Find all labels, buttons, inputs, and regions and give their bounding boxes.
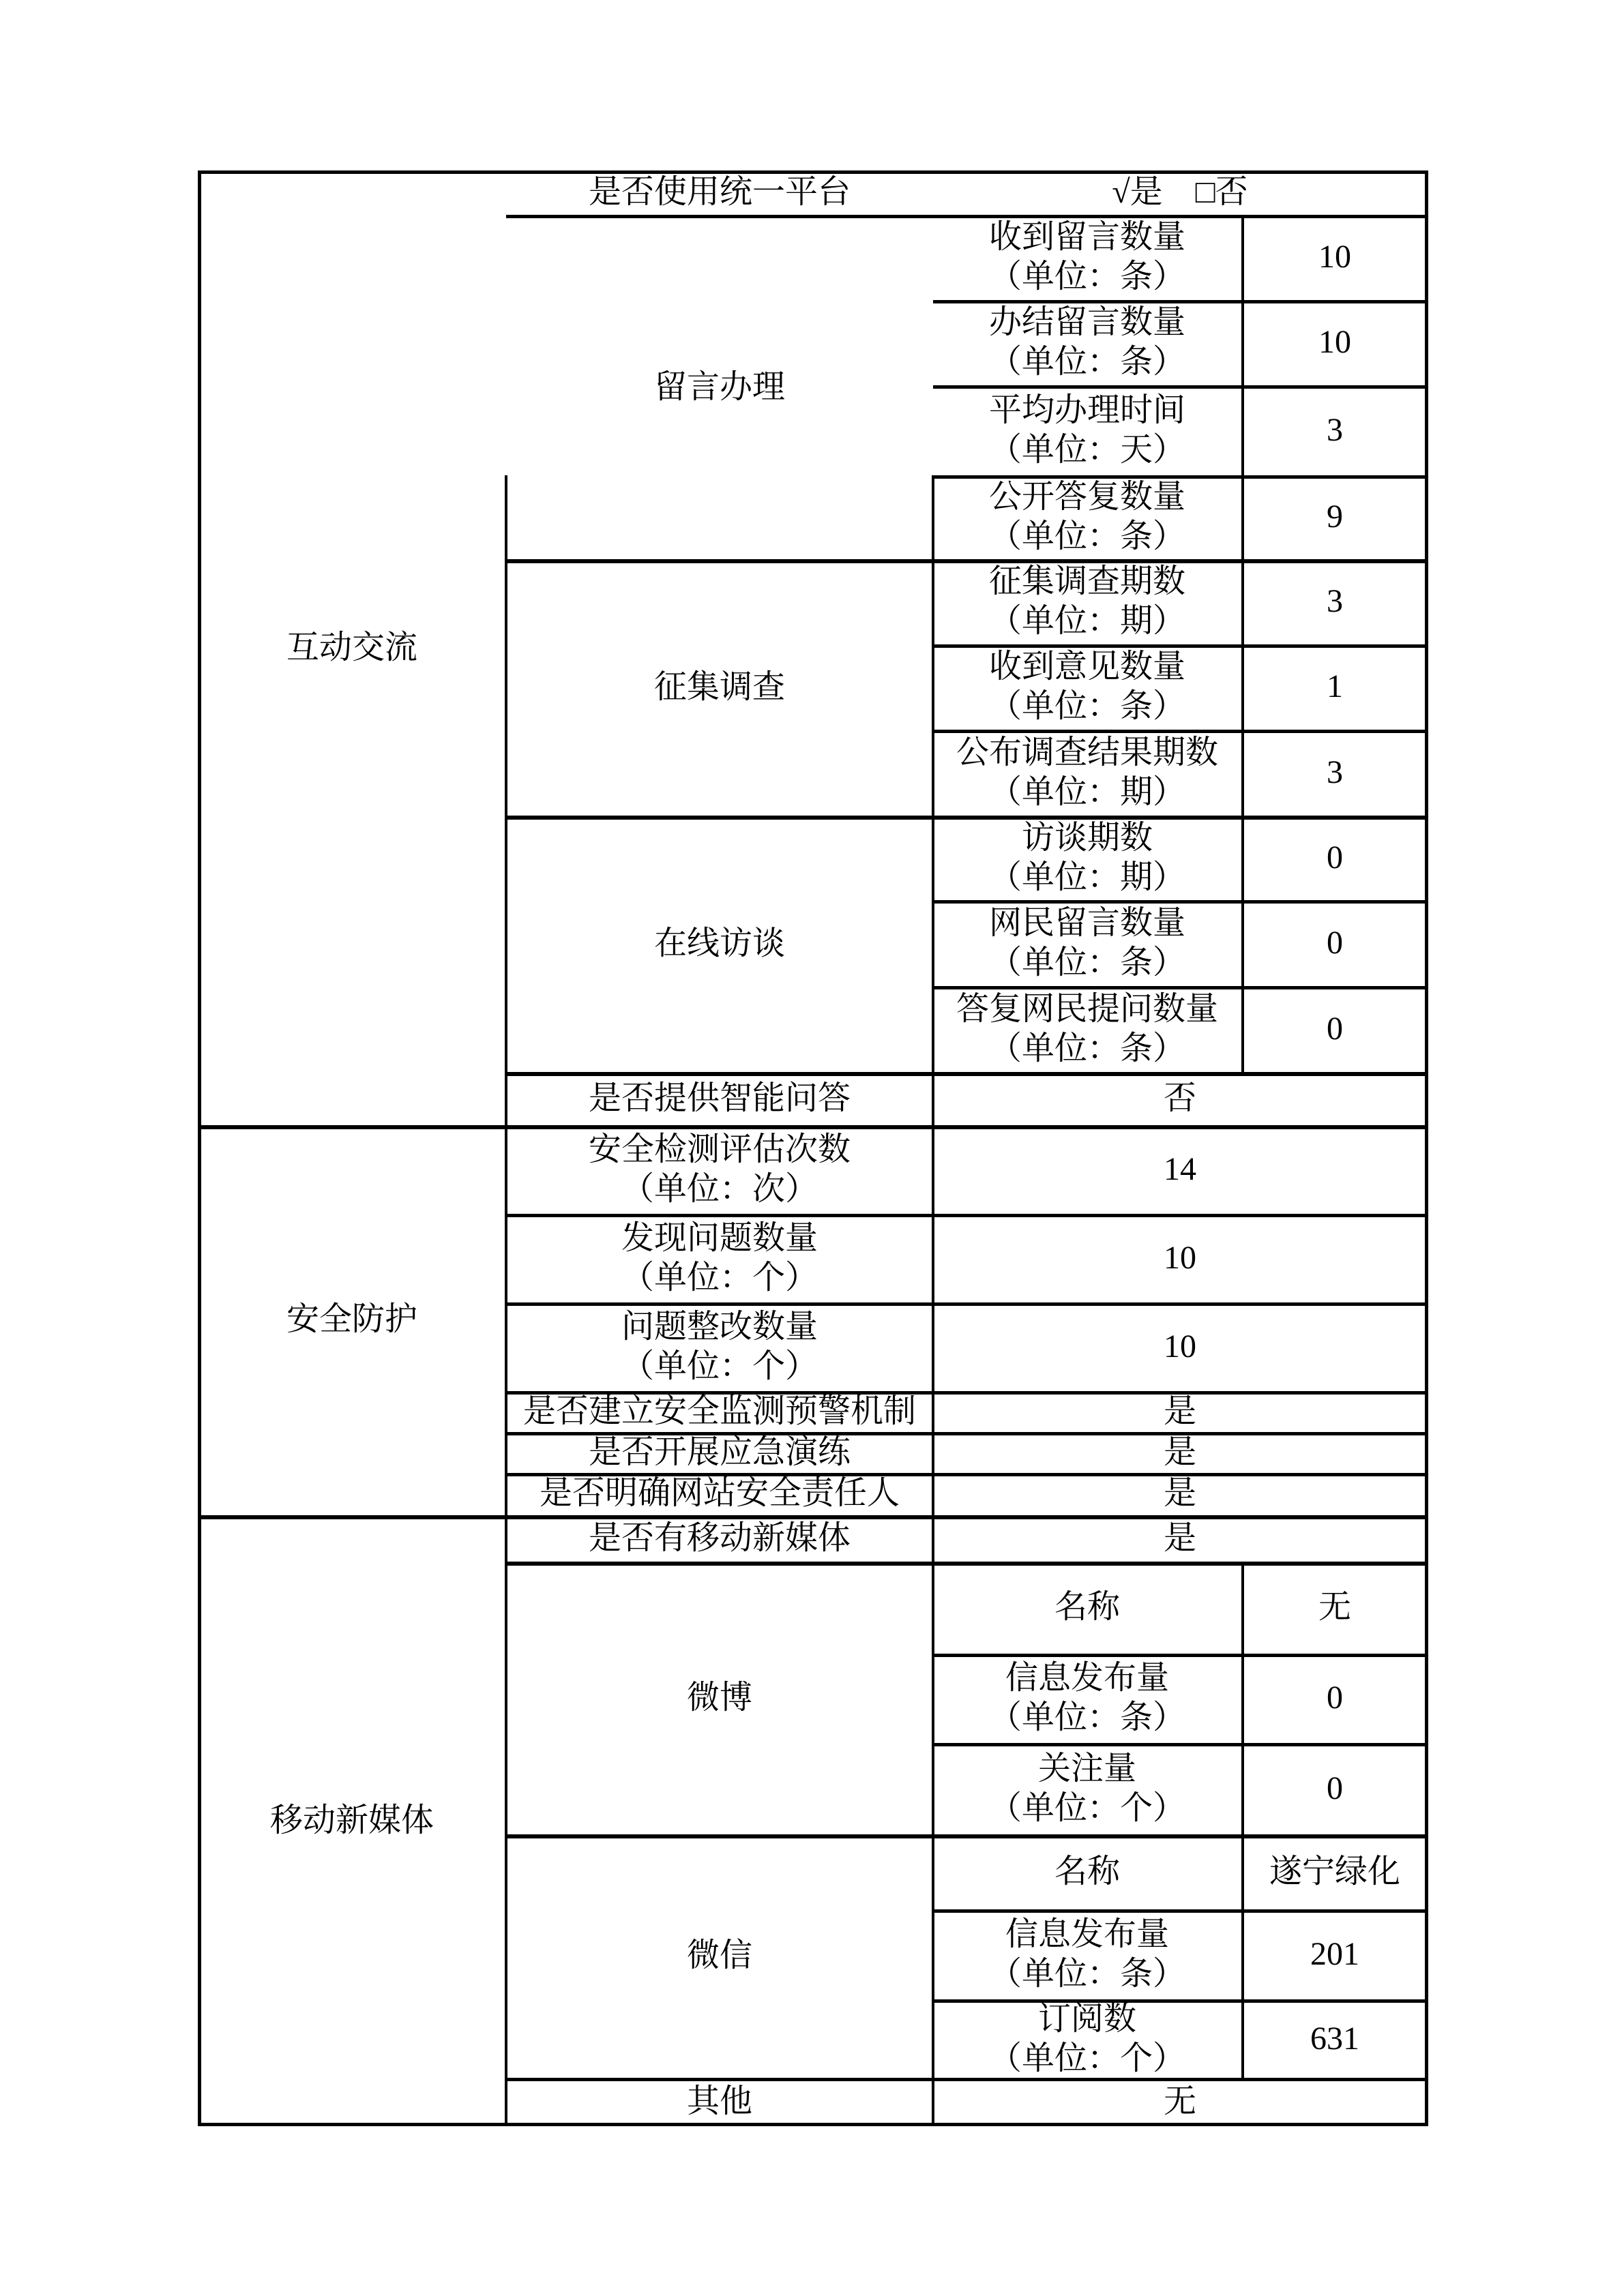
value-security-officer: 是 — [1164, 1474, 1196, 1513]
metric-unit: （单位：条） — [989, 342, 1185, 382]
label-monitoring-mechanism: 是否建立安全监测预警机制 — [523, 1392, 916, 1431]
metric-name: 收到意见数量 — [989, 647, 1185, 687]
report-page: { "table": { "categories": { "interactio… — [0, 0, 1624, 2296]
value-weibo-name: 无 — [1318, 1587, 1351, 1627]
value-netizen-messages: 0 — [1327, 923, 1343, 963]
row-divider — [933, 1654, 1428, 1657]
label-security-officer: 是否明确网站安全责任人 — [540, 1474, 900, 1513]
label-wechat-name: 名称 — [1054, 1852, 1120, 1892]
metric-name: 征集调查期数 — [989, 562, 1185, 601]
label-wechat-posts: 信息发布量 （单位：条） — [989, 1915, 1185, 1994]
value-wechat-posts: 201 — [1310, 1935, 1359, 1974]
value-public-replies: 9 — [1327, 497, 1343, 537]
metric-name: 公布调查结果期数 — [956, 733, 1218, 773]
group-divider — [506, 1072, 1428, 1076]
metric-unit: （单位：次） — [589, 1169, 851, 1209]
group-divider — [506, 816, 1428, 820]
value-avg-processing-time: 3 — [1327, 411, 1343, 450]
metric-unit: （单位：期） — [989, 858, 1185, 897]
value-has-mobile-media: 是 — [1164, 1519, 1196, 1558]
metric-name: 订阅数 — [989, 1999, 1185, 2039]
label-weibo-posts: 信息发布量 （单位：条） — [989, 1658, 1185, 1738]
label-problems-rectified: 问题整改数量 （单位：个） — [621, 1307, 818, 1386]
label-messages-completed: 办结留言数量 （单位：条） — [989, 303, 1185, 382]
label-opinions-received: 收到意见数量 （单位：条） — [989, 647, 1185, 726]
group-weibo: 微博 — [687, 1678, 752, 1718]
group-survey: 征集调查 — [654, 668, 785, 707]
value-weibo-posts: 0 — [1327, 1678, 1343, 1718]
label-other-media: 其他 — [687, 2082, 752, 2121]
metric-unit: （单位：期） — [989, 601, 1185, 641]
category-security: 安全防护 — [286, 1300, 417, 1339]
metric-name: 办结留言数量 — [989, 303, 1185, 342]
metric-unit: （单位：条） — [989, 1698, 1185, 1738]
group-divider — [506, 1834, 1428, 1838]
value-security-assessments: 14 — [1164, 1150, 1196, 1189]
value-messages-completed: 10 — [1318, 323, 1351, 362]
group-wechat: 微信 — [687, 1936, 752, 1976]
metric-unit: （单位：天） — [989, 430, 1185, 470]
row-divider — [933, 1743, 1428, 1746]
section-divider-security — [198, 1125, 1428, 1129]
metric-name: 平均办理时间 — [989, 391, 1185, 430]
row-divider — [933, 1909, 1428, 1913]
value-emergency-drills: 是 — [1164, 1433, 1196, 1472]
group-divider — [506, 559, 1428, 563]
metric-unit: （单位：个） — [989, 1789, 1185, 1828]
metric-name: 答复网民提问数量 — [956, 989, 1218, 1029]
label-public-replies: 公开答复数量 （单位：条） — [989, 477, 1185, 556]
table-border-left — [198, 170, 201, 2126]
metric-name: 收到留言数量 — [989, 218, 1185, 257]
label-wechat-subscribers: 订阅数 （单位：个） — [989, 1999, 1185, 2078]
value-messages-received: 10 — [1318, 237, 1351, 277]
value-survey-periods: 3 — [1327, 582, 1343, 621]
metric-unit: （单位：个） — [621, 1258, 818, 1298]
metric-unit: （单位：条） — [989, 687, 1185, 726]
label-unified-platform: 是否使用统一平台 — [589, 173, 851, 212]
metric-unit: （单位：个） — [989, 2039, 1185, 2078]
table-border-right — [1425, 170, 1428, 2126]
annual-report-table: 互动交流 安全防护 移动新媒体 留言办理 征集调查 在线访谈 微博 微信 是否使… — [198, 170, 1428, 2126]
label-avg-processing-time: 平均办理时间 （单位：天） — [989, 391, 1185, 470]
metric-name: 信息发布量 — [989, 1915, 1185, 1954]
metric-unit: （单位：期） — [956, 773, 1218, 812]
category-mobile-media: 移动新媒体 — [270, 1801, 434, 1840]
value-opinions-received: 1 — [1327, 667, 1343, 706]
category-interaction: 互动交流 — [286, 628, 417, 668]
value-weibo-followers: 0 — [1327, 1769, 1343, 1808]
group-message-handling: 留言办理 — [654, 368, 785, 407]
col-divider-group — [932, 475, 934, 2126]
label-emergency-drills: 是否开展应急演练 — [589, 1433, 851, 1472]
value-problems-rectified: 10 — [1164, 1327, 1196, 1367]
value-other-media: 无 — [1164, 2082, 1196, 2121]
label-has-mobile-media: 是否有移动新媒体 — [589, 1519, 851, 1558]
row-divider — [506, 215, 1428, 218]
metric-name: 关注量 — [989, 1749, 1185, 1789]
row-divider — [506, 1214, 1428, 1217]
value-monitoring-mechanism: 是 — [1164, 1392, 1196, 1431]
metric-name: 网民留言数量 — [989, 904, 1185, 943]
label-smart-qa: 是否提供智能问答 — [589, 1079, 851, 1118]
metric-name: 安全检测评估次数 — [589, 1130, 851, 1169]
label-weibo-followers: 关注量 （单位：个） — [989, 1749, 1185, 1828]
value-netizen-questions-answered: 0 — [1327, 1009, 1343, 1049]
row-divider — [933, 385, 1428, 389]
metric-unit: （单位：个） — [621, 1347, 818, 1386]
value-smart-qa: 否 — [1164, 1079, 1196, 1118]
value-survey-results-periods: 3 — [1327, 753, 1343, 792]
label-security-assessments: 安全检测评估次数 （单位：次） — [589, 1130, 851, 1209]
group-online-interview: 在线访谈 — [654, 924, 785, 964]
value-interview-periods: 0 — [1327, 838, 1343, 878]
label-problems-found: 发现问题数量 （单位：个） — [621, 1219, 818, 1298]
metric-name: 问题整改数量 — [621, 1307, 818, 1347]
metric-name: 公开答复数量 — [989, 477, 1185, 517]
row-divider — [506, 2078, 1428, 2081]
metric-unit: （单位：条） — [989, 943, 1185, 983]
label-netizen-questions-answered: 答复网民提问数量 （单位：条） — [956, 989, 1218, 1069]
label-netizen-messages: 网民留言数量 （单位：条） — [989, 904, 1185, 983]
row-divider — [506, 1562, 1428, 1566]
metric-unit: （单位：条） — [989, 1954, 1185, 1994]
metric-unit: （单位：条） — [956, 1029, 1218, 1069]
value-wechat-subscribers: 631 — [1310, 2019, 1359, 2059]
label-weibo-name: 名称 — [1054, 1587, 1120, 1627]
label-survey-results-periods: 公布调查结果期数 （单位：期） — [956, 733, 1218, 812]
row-divider — [506, 1302, 1428, 1306]
checkbox-unified-platform: √是 □否 — [1112, 173, 1247, 212]
table-border-bottom — [198, 2123, 1428, 2126]
metric-unit: （单位：条） — [989, 517, 1185, 556]
label-messages-received: 收到留言数量 （单位：条） — [989, 218, 1185, 297]
metric-name: 信息发布量 — [989, 1658, 1185, 1698]
metric-unit: （单位：条） — [989, 257, 1185, 297]
value-wechat-name: 遂宁绿化 — [1269, 1852, 1400, 1892]
value-problems-found: 10 — [1164, 1238, 1196, 1278]
label-interview-periods: 访谈期数 （单位：期） — [989, 818, 1185, 897]
metric-name: 访谈期数 — [989, 818, 1185, 858]
metric-name: 发现问题数量 — [621, 1219, 818, 1258]
col-divider-category — [505, 475, 507, 2126]
label-survey-periods: 征集调查期数 （单位：期） — [989, 562, 1185, 641]
